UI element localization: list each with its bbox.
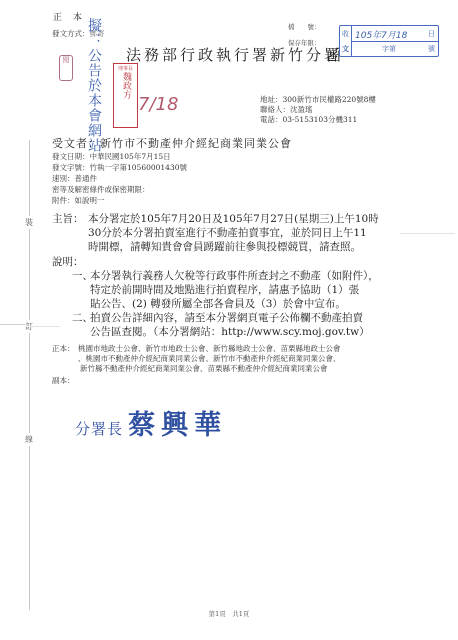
receipt-left-bottom: 文 [342, 44, 349, 54]
scan-artifact-line [30, 326, 60, 327]
recipient-name: 新竹市不動產仲介經紀商業同業公會 [100, 137, 292, 150]
explanation-2-line-1: 拍賣公告詳細內容，請至本分署網頁電子公佈欄不動產拍賣 [90, 312, 363, 325]
contact-phone: 電話：03-5153103分機311 [260, 114, 357, 125]
issue-date: 發文日期：中華民國105年7月15日 [52, 151, 171, 162]
page-info: 第1頁 共1頁 [0, 609, 458, 618]
explanation-1-line-3: 貼公告、(2) 轉發所屬全部各會員及（3）於會中宣布。 [90, 298, 346, 311]
doc-number: 發文字號：竹執一字第10560001430號 [52, 162, 187, 173]
subject-label: 主旨： [52, 213, 84, 226]
recipient: 受文者：新竹市不動產仲介經紀商業同業公會 [52, 135, 292, 151]
binding-mark-xian: 線 [25, 433, 33, 446]
chairman-stamp: 理事長 魏政方 [113, 63, 138, 128]
copy-type: 正 本 [53, 10, 86, 23]
chairman-stamp-name: 魏政方 [120, 72, 131, 99]
copy-recipients-label: 副本： [52, 376, 75, 386]
explanation-2-line-2: 公告區查閱。（本分署網站：http://www.scy.moj.gov.tw） [90, 326, 370, 339]
attachment: 附件：如說明一 [52, 195, 105, 206]
explanation-1-line-2: 特定於前開時間及地點進行拍賣程序，請惠予協助（1）張 [90, 284, 359, 297]
subject-line-2: 30分於本分署拍賣室進行不動產拍賣事宜，並於同日上午11 [88, 227, 367, 240]
director-signature: 分署長 蔡興華 [75, 403, 227, 442]
scan-artifact-line [400, 233, 455, 234]
receipt-day-label: 日 [428, 29, 435, 39]
handwritten-date: 7/18 [138, 94, 178, 115]
security-level: 密等及解密條件或保密期限： [52, 184, 150, 195]
receipt-date: 105年7月18 [355, 28, 407, 41]
retention-label: 保存年限： [288, 38, 321, 47]
agency-title: 法務部行政執行署新竹分署 [126, 44, 342, 65]
speed-class: 速別：普通件 [52, 173, 97, 184]
binding-line [29, 140, 30, 610]
approval-note: 擬：公告於本會網站 [84, 18, 104, 153]
subject-line-1: 本分署定於105年7月20日及105年7月27日(星期三)上午10時 [88, 213, 379, 226]
director-name: 蔡興華 [128, 410, 227, 441]
director-title: 分署長 [75, 420, 123, 438]
explanation-1-line-1: 本分署執行義務人欠稅等行政事件所查封之不動產（如附件）， [90, 270, 379, 283]
subject-line-3: 時開標，請轉知貴會會員踴躍前往參與投標競買，請查照。 [88, 241, 361, 254]
original-recipients-line-3: 新竹縣不動產仲介經紀商業同業公會、苗栗縣不動產仲介經紀商業同業公會 [80, 364, 328, 374]
original-recipients-label: 正本： [52, 344, 75, 354]
read-stamp: 閱 [59, 55, 73, 81]
receipt-number-suffix: 號 [428, 44, 435, 54]
receipt-left-top: 收 [342, 29, 349, 39]
original-recipients-line-2: 、桃園市不動產仲介經紀商業同業公會、新竹市不動產仲介經紀商業同業公會、 [78, 354, 341, 364]
explanation-label: 說明： [52, 256, 84, 269]
recipient-label: 受文者： [52, 137, 100, 150]
receipt-number-prefix: 字第 [382, 44, 396, 54]
receipt-stamp: 收 文 105年7月18 日 字第 號 [339, 25, 439, 57]
binding-mark-zhuang: 裝 [25, 216, 33, 229]
file-number-label: 檔 號： [288, 22, 321, 31]
original-recipients-line-1: 桃園市地政士公會、新竹市地政士公會、新竹縣地政士公會、苗栗縣地政士公會 [78, 344, 341, 354]
